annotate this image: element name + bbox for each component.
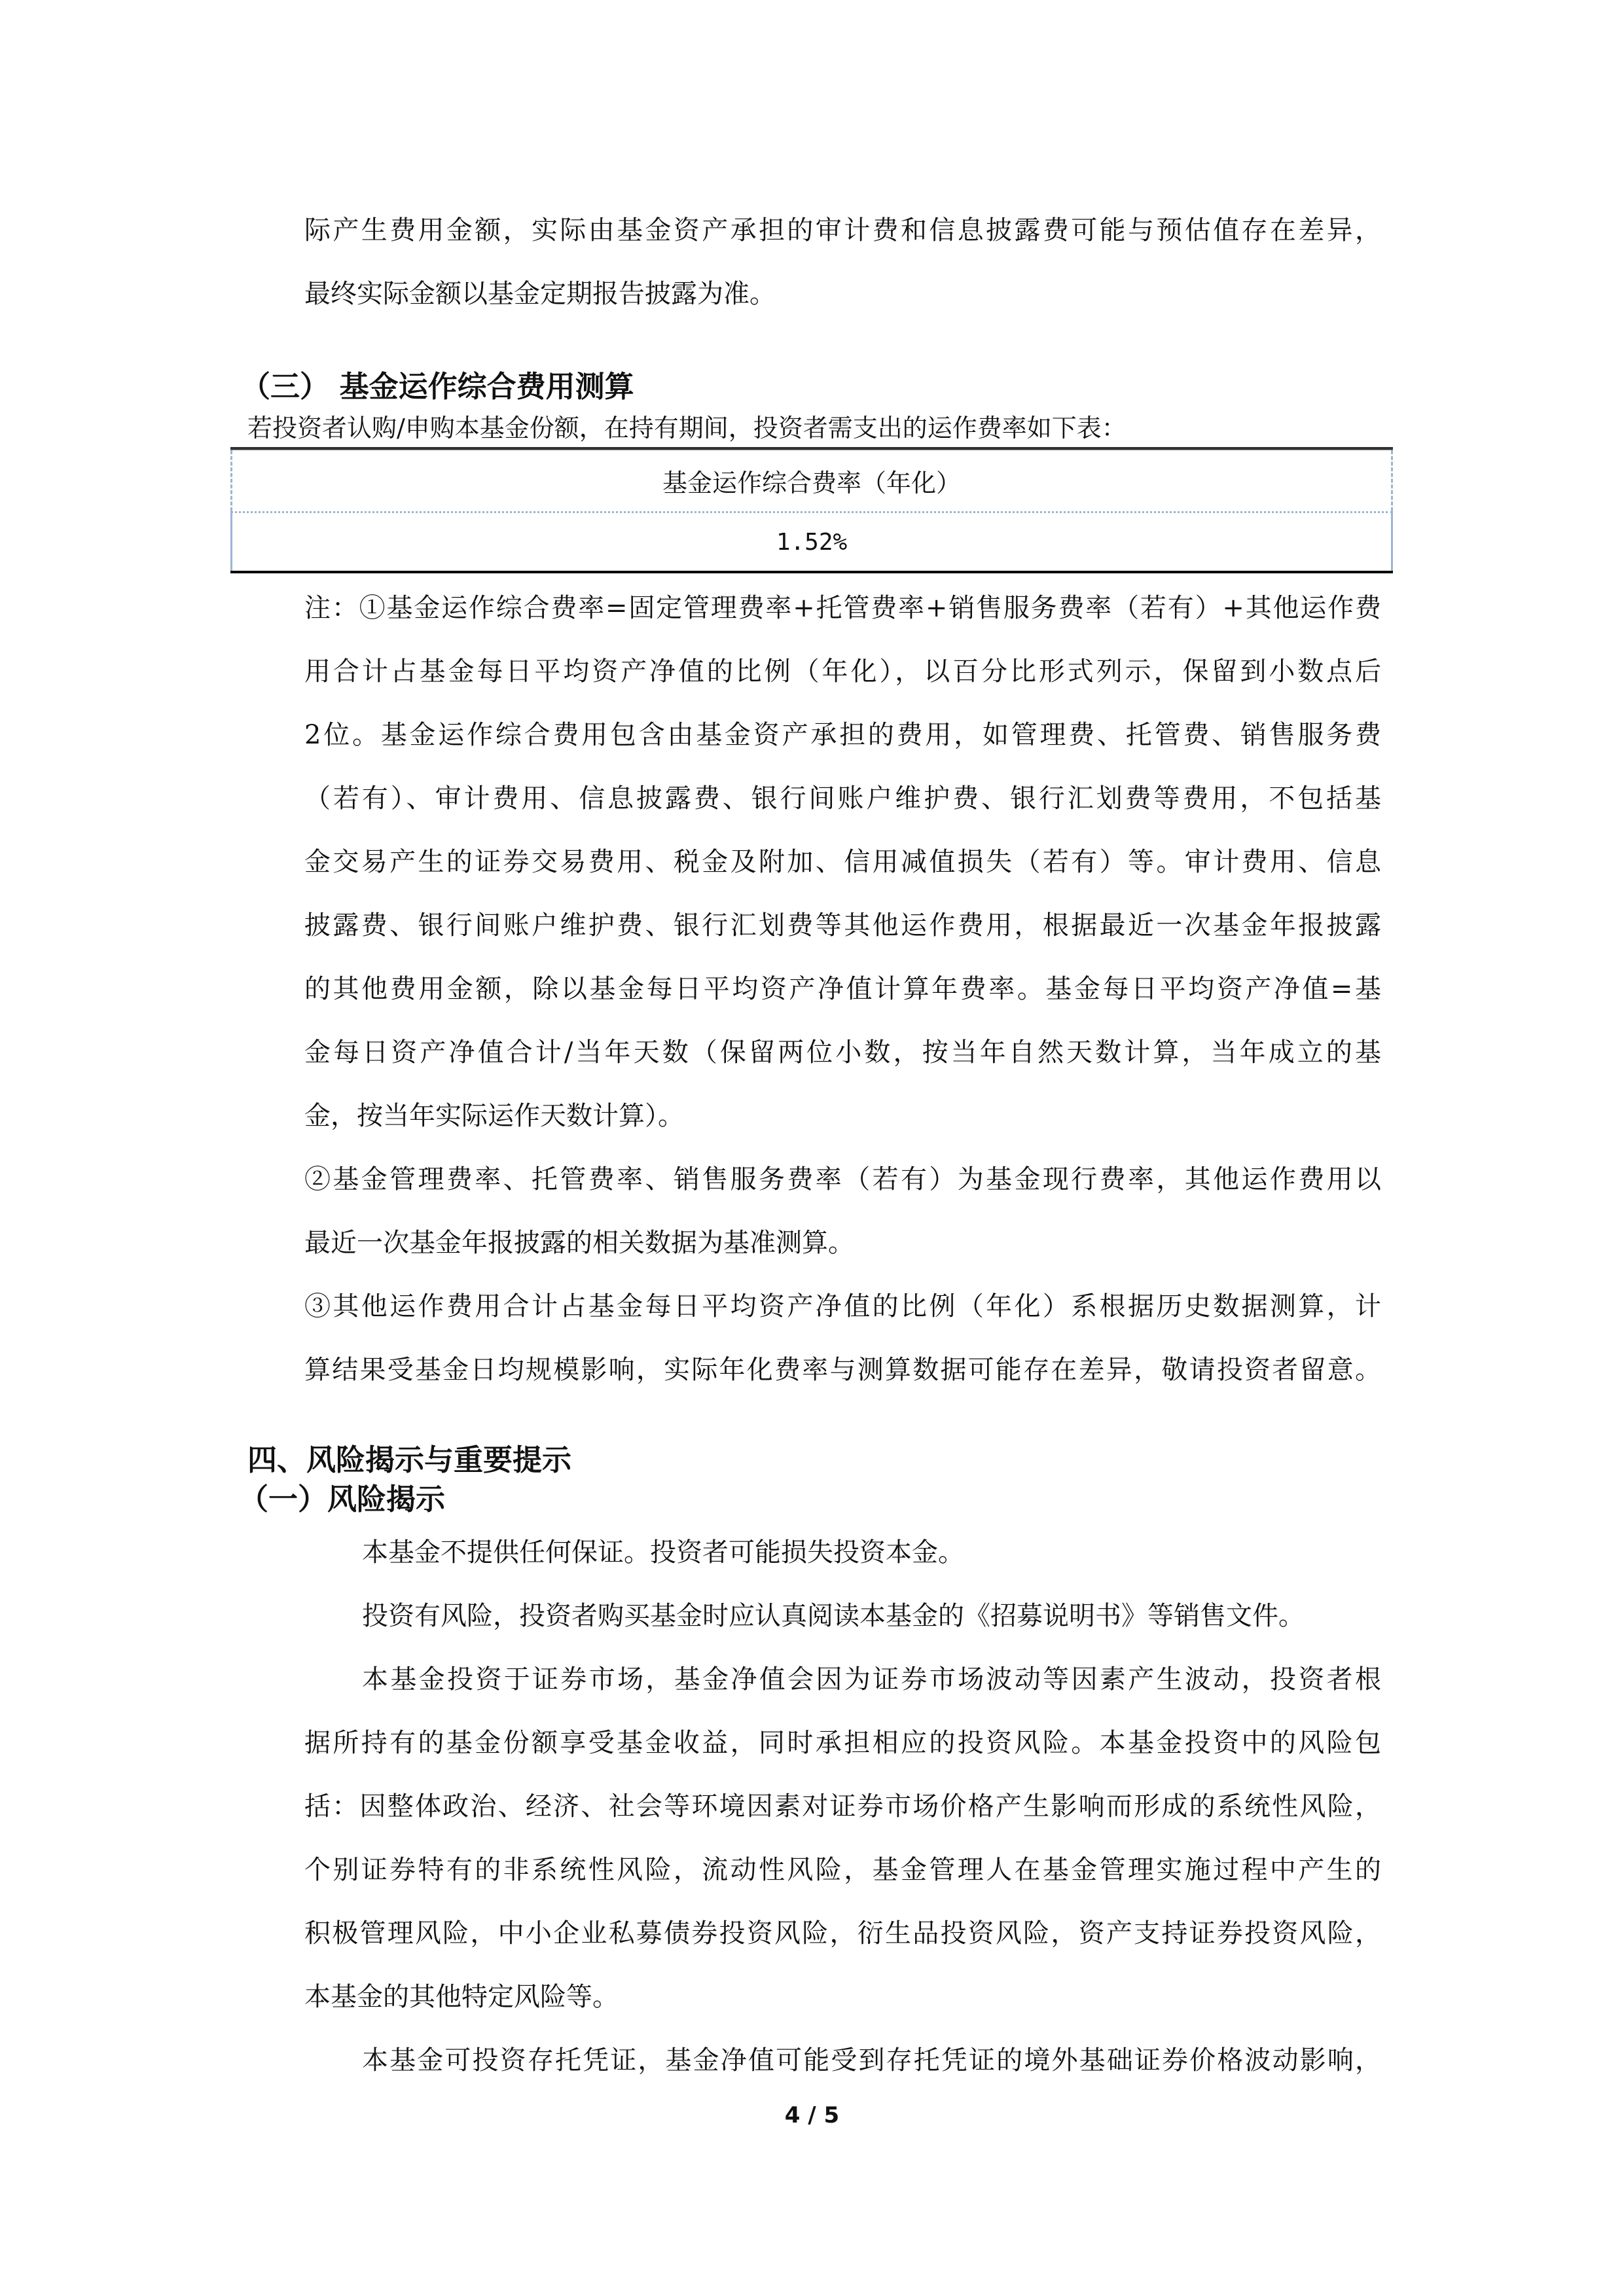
risk-paragraph: 投资有风险，投资者购买基金时应认真阅读本基金的《招募说明书》等销售文件。	[362, 1602, 1383, 1630]
table-bottom-border	[230, 571, 1393, 573]
note-line: 金，按当年实际运作天数计算）。	[304, 1102, 1381, 1130]
table-header-cell: 基金运作综合费率（年化）	[230, 450, 1393, 511]
risk-line: 个别证券特有的非系统性风险，流动性风险，基金管理人在基金管理实施过程中产生的	[304, 1856, 1381, 1884]
page-number: 4 / 5	[0, 2102, 1624, 2128]
section-heading-fee-estimate: （三） 基金运作综合费用测算	[241, 370, 634, 403]
note-line: ②基金管理费率、托管费率、销售服务费率（若有）为基金现行费率，其他运作费用以	[304, 1165, 1381, 1194]
table-header-label: 基金运作综合费率（年化）	[662, 463, 961, 499]
note-line: 的其他费用金额，除以基金每日平均资产净值计算年费率。基金每日平均资产净值=基	[304, 975, 1381, 1003]
note-line: 金交易产生的证券交易费用、税金及附加、信用减值损失（若有）等。审计费用、信息	[304, 848, 1381, 876]
section-heading-risk-disclosure: 四、风险揭示与重要提示	[247, 1444, 571, 1477]
risk-line: 据所持有的基金份额享受基金收益，同时承担相应的投资风险。本基金投资中的风险包	[304, 1729, 1381, 1757]
table-value-cell: 1.52%	[230, 513, 1393, 571]
continuation-line-1: 际产生费用金额，实际由基金资产承担的审计费和信息披露费可能与预估值存在差异，	[304, 216, 1381, 245]
risk-line: 积极管理风险，中小企业私募债券投资风险，衍生品投资风险，资产支持证券投资风险，	[304, 1919, 1381, 1948]
note-line: 算结果受基金日均规模影响，实际年化费率与测算数据可能存在差异，敬请投资者留意。	[304, 1355, 1381, 1384]
note-line: 2位。基金运作综合费用包含由基金资产承担的费用，如管理费、托管费、销售服务费	[304, 721, 1381, 749]
risk-line: 括：因整体政治、经济、社会等环境因素对证券市场价格产生影响而形成的系统性风险，	[304, 1792, 1381, 1821]
fee-rate-value: 1.52%	[776, 529, 847, 556]
note-line: （若有）、审计费用、信息披露费、银行间账户维护费、银行汇划费等费用，不包括基	[304, 784, 1381, 813]
note-line: 注：①基金运作综合费率=固定管理费率+托管费率+销售服务费率（若有）+其他运作费	[304, 594, 1381, 622]
subsection-heading-risk: （一）风险揭示	[239, 1483, 445, 1516]
depository-receipt-paragraph: 本基金可投资存托凭证，基金净值可能受到存托凭证的境外基础证券价格波动影响，	[362, 2046, 1381, 2075]
note-line: 最近一次基金年报披露的相关数据为基准测算。	[304, 1229, 1381, 1257]
section-intro-text: 若投资者认购/申购本基金份额，在持有期间，投资者需支出的运作费率如下表：	[247, 414, 1127, 442]
note-line: ③其他运作费用合计占基金每日平均资产净值的比例（年化）系根据历史数据测算，计	[304, 1292, 1381, 1321]
note-line: 用合计占基金每日平均资产净值的比例（年化），以百分比形式列示，保留到小数点后	[304, 657, 1381, 686]
note-line: 金每日资产净值合计/当年天数（保留两位小数，按当年自然天数计算，当年成立的基	[304, 1038, 1381, 1067]
risk-line: 本基金的其他特定风险等。	[304, 1982, 1381, 2011]
continuation-line-2: 最终实际金额以基金定期报告披露为准。	[304, 279, 1381, 308]
fee-rate-table: 基金运作综合费率（年化） 1.52%	[230, 447, 1393, 573]
risk-paragraph: 本基金不提供任何保证。投资者可能损失投资本金。	[362, 1538, 1383, 1567]
note-line: 披露费、银行间账户维护费、银行汇划费等其他运作费用，根据最近一次基金年报披露	[304, 911, 1381, 940]
risk-line: 本基金投资于证券市场，基金净值会因为证券市场波动等因素产生波动，投资者根	[362, 1665, 1381, 1694]
